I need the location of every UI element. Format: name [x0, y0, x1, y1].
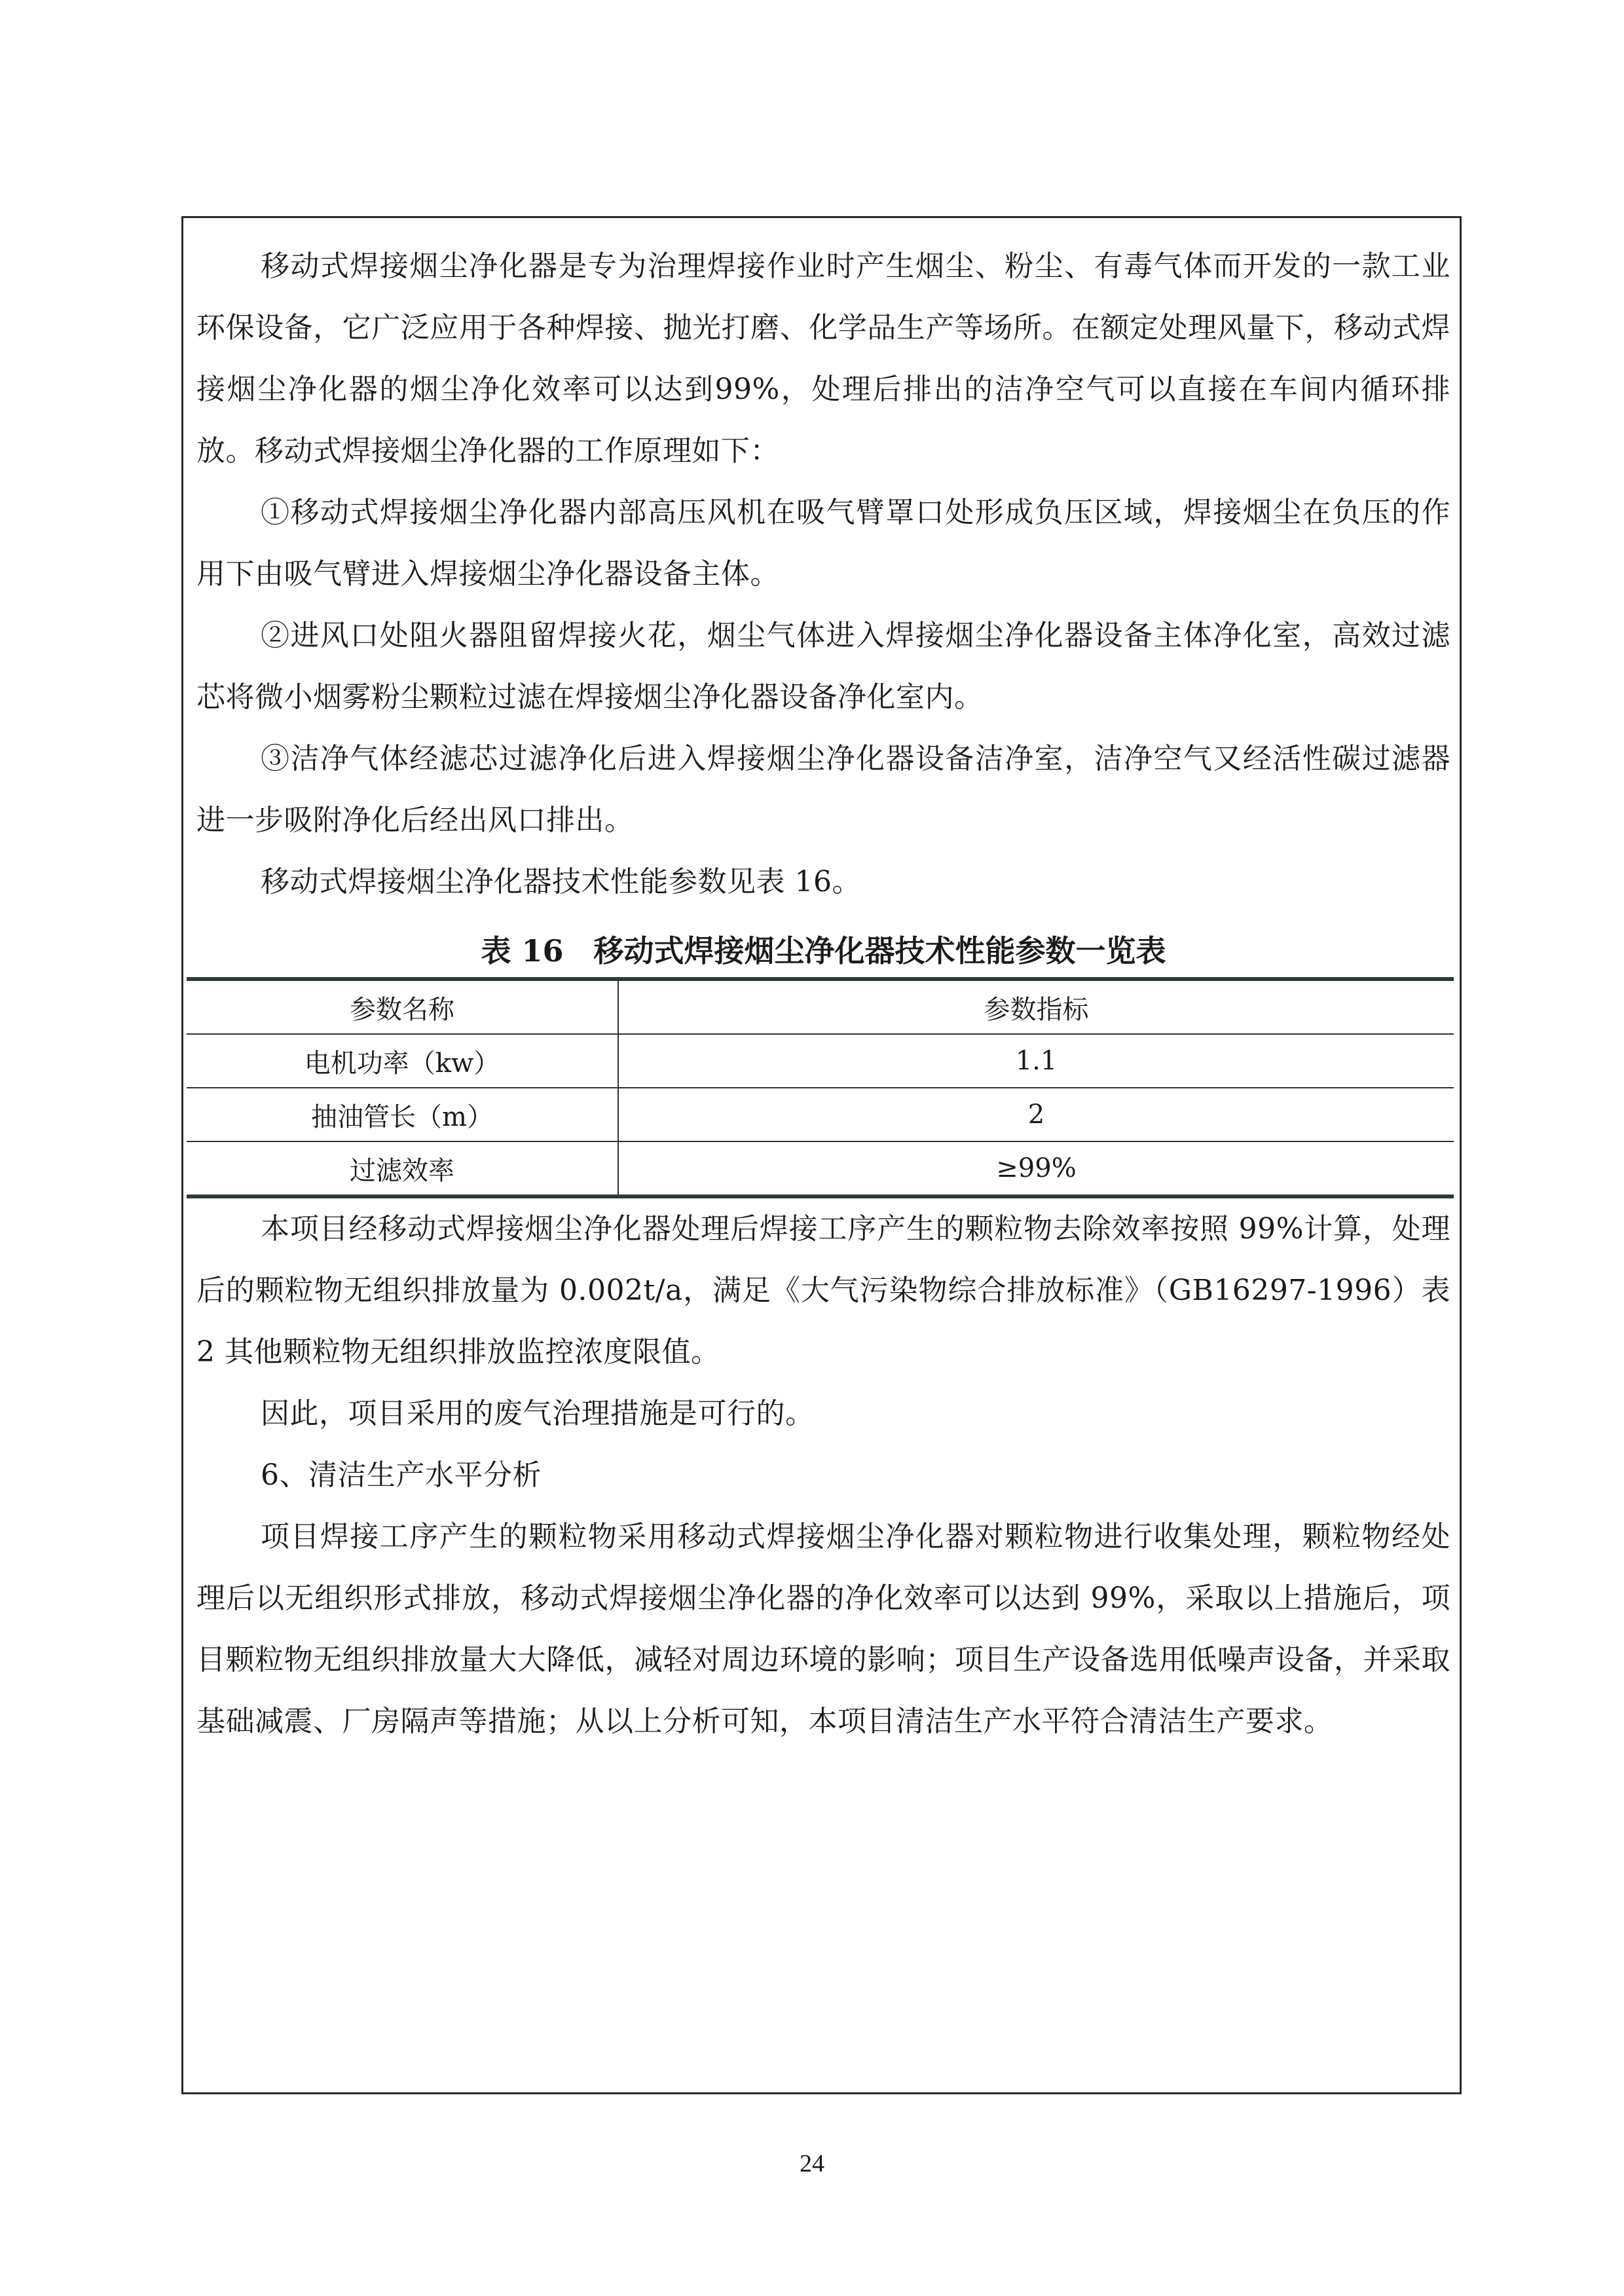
clean-production-paragraph: 项目焊接工序产生的颗粒物采用移动式焊接烟尘净化器对颗粒物进行收集处理，颗粒物经处…	[196, 1506, 1450, 1752]
cell-param-value: 1.1	[618, 1034, 1454, 1088]
step-2-paragraph: ②进风口处阻火器阻留焊接火花，烟尘气体进入焊接烟尘净化器设备主体净化室，高效过滤…	[196, 605, 1450, 728]
intro-paragraph: 移动式焊接烟尘净化器是专为治理焊接作业时产生烟尘、粉尘、有毒气体而开发的一款工业…	[196, 236, 1450, 482]
table-caption: 表 16 移动式焊接烟尘净化器技术性能参数一览表	[196, 931, 1450, 971]
step-3-paragraph: ③洁净气体经滤芯过滤净化后进入焊接烟尘净化器设备洁净室，洁净空气又经活性碳过滤器…	[196, 728, 1450, 851]
header-param-value: 参数指标	[618, 979, 1454, 1034]
section-6-heading: 6、清洁生产水平分析	[196, 1445, 1450, 1506]
table-header-row: 参数名称 参数指标	[187, 979, 1454, 1034]
cell-param-value: ≥99%	[618, 1141, 1454, 1196]
cell-param-name: 过滤效率	[187, 1141, 618, 1196]
table-row: 电机功率（kw） 1.1	[187, 1034, 1454, 1088]
page-number: 24	[0, 2149, 1624, 2178]
table-reference: 移动式焊接烟尘净化器技术性能参数见表 16。	[196, 851, 1450, 913]
result-paragraph: 本项目经移动式焊接烟尘净化器处理后焊接工序产生的颗粒物去除效率按照 99%计算，…	[196, 1198, 1450, 1383]
cell-param-name: 电机功率（kw）	[187, 1034, 618, 1088]
table-row: 过滤效率 ≥99%	[187, 1141, 1454, 1196]
table-row: 抽油管长（m） 2	[187, 1088, 1454, 1141]
cell-param-value: 2	[618, 1088, 1454, 1141]
step-1-paragraph: ①移动式焊接烟尘净化器内部高压风机在吸气臂罩口处形成负压区域，焊接烟尘在负压的作…	[196, 482, 1450, 605]
parameter-table: 参数名称 参数指标 电机功率（kw） 1.1 抽油管长（m） 2 过滤效率 ≥9…	[187, 977, 1454, 1198]
cell-param-name: 抽油管长（m）	[187, 1088, 618, 1141]
header-param-name: 参数名称	[187, 979, 618, 1034]
conclusion-paragraph: 因此，项目采用的废气治理措施是可行的。	[196, 1383, 1450, 1445]
